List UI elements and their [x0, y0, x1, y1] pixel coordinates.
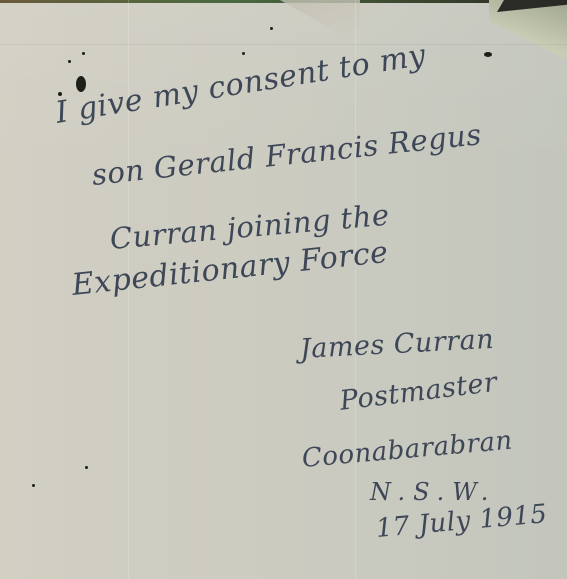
- state-abbrev: N.S.W.: [370, 478, 496, 506]
- folded-flap: [280, 0, 360, 45]
- signature: James Curran: [299, 324, 495, 365]
- consent-line-2: son Gerald Francis Regus: [90, 117, 483, 192]
- ink-blot: [76, 76, 86, 92]
- pin-hole: [68, 60, 71, 63]
- ink-mark: [484, 52, 492, 57]
- pin-hole: [242, 52, 245, 55]
- pin-hole: [32, 484, 35, 487]
- consent-line-1: I give my consent to my: [53, 38, 428, 131]
- paper-sheet: I give my consent to my son Gerald Franc…: [0, 0, 567, 579]
- signer-title: Postmaster: [338, 367, 499, 417]
- place-name: Coonabarabran: [301, 426, 514, 474]
- fold-line: [0, 44, 567, 45]
- pin-hole: [270, 27, 273, 30]
- pin-hole: [82, 52, 85, 55]
- pin-hole: [85, 466, 88, 469]
- fold-line: [355, 0, 356, 579]
